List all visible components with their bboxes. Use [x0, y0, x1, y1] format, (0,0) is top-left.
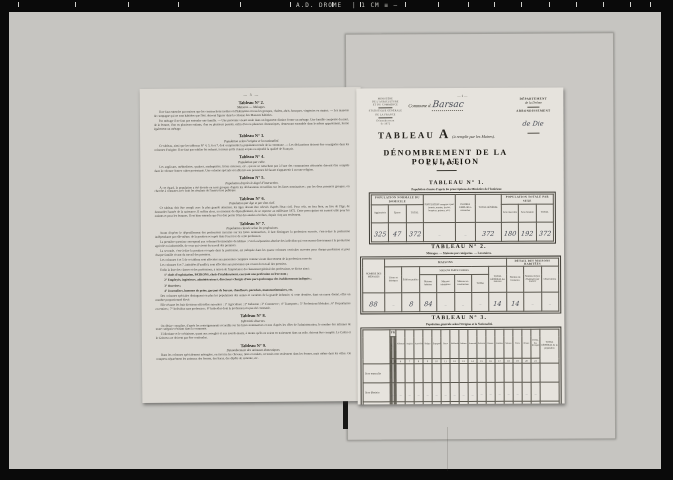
handwritten-value: –: [490, 392, 492, 397]
handwritten-value: 14: [493, 300, 502, 308]
handwritten-value: –: [517, 392, 519, 397]
instruction-section: Tableau N° 6.Population par âge et par é…: [155, 195, 350, 219]
handwritten-value: 14: [511, 300, 520, 308]
handwritten-value: –: [462, 302, 464, 307]
page-number: — 1 —: [442, 94, 482, 98]
table-value-cell: –: [450, 383, 459, 402]
paragraph: Les anglicans, méthodistes, quakers, ana…: [154, 164, 349, 173]
divider: [437, 170, 457, 171]
table-column-header: TOTAL des Étrangers: [531, 329, 540, 358]
film-tick: [576, 2, 577, 7]
film-tick: [630, 2, 631, 7]
table-value-cell: 84: [419, 293, 436, 312]
table-value-cell: –: [385, 293, 402, 312]
table-value-cell: [396, 364, 405, 383]
table-value-cell: –: [414, 402, 423, 405]
table-value-cell: –: [437, 293, 454, 312]
table-column-header: TOTAL GÉNÉRAL: [475, 194, 501, 222]
table-value-cell: [468, 363, 477, 382]
stamp-line: DE LA FRANCE: [361, 113, 409, 116]
table-value-cell: 192: [519, 222, 536, 241]
table3-title: TABLEAU N° 3.: [359, 315, 559, 322]
table-column-header: Maisons inhabitées: [437, 275, 454, 293]
table-value-cell: –: [405, 402, 414, 405]
table-value-cell: [441, 364, 450, 383]
film-bottom-bar: [0, 469, 673, 480]
table-column-header: Polonais: [477, 329, 486, 358]
handwritten-value: –: [526, 392, 528, 397]
table-column-header: DOUBLE EMPLOIS à retrancher: [455, 194, 475, 222]
divider: [378, 117, 392, 118]
handwritten-value: –: [472, 392, 474, 397]
table-column-header: TOTAL GÉNÉRAL des maisons: [489, 267, 507, 293]
row-label: Sexe masculin: [363, 364, 390, 383]
table-column-header: TOTAL: [406, 205, 423, 223]
paragraph: Dans les colonnes spécialement ménagées,…: [156, 352, 351, 361]
handwritten-value: –: [508, 392, 510, 397]
table-value-cell: –: [441, 402, 450, 405]
table-value-cell: [414, 364, 423, 383]
table-column-header: Usines et fabriques: [385, 267, 403, 293]
table-value-cell: [513, 363, 522, 382]
table-value-cell: [432, 364, 441, 383]
commune-handwritten-value: Barsac: [432, 100, 464, 111]
table-value-cell: –: [472, 293, 489, 312]
handwritten-value: –: [392, 303, 394, 308]
table-value-cell: 14: [489, 293, 506, 312]
table-value-cell: –: [432, 402, 441, 405]
table2-grid: NOMBRE DES MÉNAGESMAISONSDÉTAIL DES MAIS…: [362, 258, 559, 313]
handwritten-value: –: [445, 392, 447, 397]
film-tick: [549, 2, 550, 7]
instructions-page: — 3 — Tableau N° 2.Maisons. — Ménages.Il…: [140, 87, 364, 403]
instruction-section: Tableau N° 9.Dénombrement des animaux do…: [156, 342, 351, 362]
table-column-header: Allemands: [396, 330, 405, 359]
handwritten-value: 372: [482, 230, 495, 238]
form-note: (à remplir par les Maires).: [452, 134, 495, 139]
form-title-line: TABLEAU A (à remplir par les Maires).: [356, 125, 516, 144]
table-column-header: Observations: [541, 266, 559, 292]
table-column-header: Turcs: [513, 329, 522, 358]
arrondissement-handwritten-value: de Die: [522, 120, 544, 128]
divider: [528, 132, 540, 133]
film-tick: [405, 2, 406, 7]
table-value-cell: 88: [363, 293, 385, 312]
table-value-cell: [504, 363, 513, 382]
handwritten-value: 372: [538, 230, 551, 238]
table-value-cell: –: [450, 402, 459, 405]
table-value-cell: [450, 364, 459, 383]
table-value-cell: –: [423, 402, 432, 405]
film-tick: [178, 2, 179, 7]
table1: POPULATION NORMALE DU DOMICILEPOPULATION…: [369, 192, 556, 245]
microfilm-scan: A.D. DROME | 1 CM ≡ — — 3 — Tableau N° 2…: [0, 0, 673, 480]
handwritten-value: 192: [521, 230, 534, 238]
row-label: Sexe féminin: [363, 383, 390, 402]
table-value-cell: [423, 364, 432, 383]
table-value-cell: [531, 363, 540, 382]
table-column-header: TOTAL GÉNÉRAL de la population: [540, 329, 559, 363]
table3-grid: FRANÇAISAllemandsAnglaisAutrichiensBelge…: [362, 329, 559, 405]
row-label: TOTAL: [363, 402, 390, 405]
table1-grid: POPULATION NORMALE DU DOMICILEPOPULATION…: [371, 194, 554, 243]
handwritten-value: –: [436, 392, 438, 397]
table-value-cell: [522, 363, 531, 382]
table-value-cell: –: [477, 382, 486, 401]
film-tick: [521, 2, 522, 7]
table-group-header: DÉTAIL DES MAISONS HABITÉES: [506, 258, 558, 267]
table-value-cell: [477, 363, 486, 382]
film-tick: [240, 2, 241, 7]
scanner-bed: — 3 — Tableau N° 2.Maisons. — Ménages.Il…: [9, 12, 661, 469]
handwritten-value: –: [427, 392, 429, 397]
instruction-section: Tableau N° 5.Population d'après le degré…: [154, 174, 349, 194]
table-value-cell: 372: [475, 222, 501, 241]
handwritten-value: 84: [424, 301, 433, 309]
table-value-cell: –: [455, 222, 475, 241]
table-value-cell: –: [495, 382, 504, 401]
form-letter: A: [439, 126, 448, 141]
paragraph: Elle résume les huit divisions officiell…: [156, 302, 351, 311]
handwritten-value: 8: [408, 301, 413, 309]
handwritten-value: –: [532, 302, 534, 307]
table-row: 32547372––372180192372: [371, 222, 553, 242]
instruction-section: Tableau N° 8.Infirmités diverses.On dési…: [156, 312, 351, 341]
film-tick: [603, 2, 604, 7]
table-column-header: Hollandais: [450, 330, 459, 359]
film-tick: [128, 2, 129, 7]
table2-title: TABLEAU N° 2.: [359, 244, 559, 251]
table3: FRANÇAISAllemandsAnglaisAutrichiensBelge…: [360, 327, 561, 405]
paragraph: Par ménage il ne faut pas entendre une f…: [154, 118, 349, 131]
film-tick: [438, 2, 439, 7]
table-column-header: Agglomérée: [371, 205, 388, 223]
table-value-cell: [495, 363, 504, 382]
handwritten-value: 88: [369, 301, 378, 309]
table-row: 88–884–––1414––: [363, 292, 559, 312]
table-value-cell: –: [396, 383, 405, 402]
instruction-section: Tableau N° 7.Population classée selon le…: [155, 220, 351, 311]
archive-label: A.D. DROME: [296, 2, 342, 9]
page-number: — 3 —: [154, 92, 349, 98]
film-margin-right: [661, 12, 673, 469]
arrondissement-label: ARRONDISSEMENT: [508, 109, 558, 113]
film-tick: [75, 2, 76, 7]
table-column-header: Russes: [486, 329, 495, 358]
divider: [527, 106, 539, 107]
table-group-header: POPULATION TOTALE PAR SEXE: [501, 194, 553, 204]
table-value-cell: –: [504, 382, 513, 401]
fold-line: [447, 427, 448, 471]
commune-line: Commune d. Barsac: [408, 100, 518, 111]
table-column-header: Nombre de locataires: [506, 267, 524, 293]
table-value-cell: –: [531, 382, 540, 401]
paragraph: L'idiotisme et le crétinisme, quant aux …: [156, 332, 351, 341]
film-tick: [650, 2, 651, 7]
table-value-cell: –: [468, 382, 477, 401]
table-value-cell: –: [513, 382, 522, 401]
table-column-header: TOTAL: [536, 204, 553, 222]
instruction-sections: Tableau N° 2.Maisons. — Ménages.Il ne fa…: [154, 99, 351, 362]
film-margin-left: [0, 12, 9, 469]
film-ruler-bar: A.D. DROME | 1 CM ≡ —: [0, 0, 673, 12]
handwritten-value: –: [445, 302, 447, 307]
film-tick: [468, 2, 469, 7]
table-column-header: NOMBRE DES MÉNAGES: [363, 259, 385, 294]
table-column-header: Grecs: [441, 330, 450, 359]
table-value-cell: –: [405, 383, 414, 402]
table-row: Sexe masculin192: [363, 363, 559, 383]
year-line: EN 1872.: [357, 161, 535, 168]
table-value-cell: –: [524, 293, 541, 312]
table-row: Sexe féminin180––––––––––––––––––––: [363, 382, 559, 402]
table-value-cell: 325: [371, 223, 388, 242]
table-value-cell: –: [522, 382, 531, 401]
instruction-section: Tableau N° 2.Maisons. — Ménages.Il ne fa…: [154, 99, 349, 132]
table-column-header: Suédois: [495, 329, 504, 358]
table-value-cell: 47: [389, 223, 406, 242]
handwritten-value: 372: [408, 230, 421, 238]
form-word: TABLEAU: [378, 130, 435, 140]
census-form-page: MINISTÈREDE L'AGRICULTUREET DU COMMERCES…: [356, 88, 564, 405]
ministry-stamp: MINISTÈREDE L'AGRICULTUREET DU COMMERCES…: [361, 97, 409, 125]
table-value-cell: –: [396, 402, 405, 405]
table-value-cell: 180: [501, 222, 518, 241]
handwritten-value: –: [479, 302, 481, 307]
table-row: FRANÇAISAllemandsAnglaisAutrichiensBelge…: [363, 329, 559, 337]
table-column-header: Autrichiens: [414, 330, 423, 359]
table-value-cell: –: [414, 383, 423, 402]
table-value-cell: –: [459, 382, 468, 401]
table-value-cell: 14: [506, 293, 523, 312]
scale-label: | 1 CM ≡ —: [352, 2, 398, 9]
table-value-cell: –: [432, 383, 441, 402]
table-column-header: Italiens: [459, 329, 468, 358]
film-tick: [18, 2, 19, 7]
table1-title: TABLEAU N° 1.: [357, 180, 557, 187]
table-group-header: POPULATION NORMALE DU DOMICILE: [371, 195, 423, 205]
table-value-cell: –: [541, 292, 559, 311]
handwritten-value: 180: [503, 230, 516, 238]
table-value-cell: [405, 364, 414, 383]
handwritten-value: –: [400, 392, 402, 397]
handwritten-value: –: [409, 392, 411, 397]
instruction-section: Tableau N° 4.Population par culte.Les an…: [154, 153, 349, 173]
table-column-header: Suisses: [504, 329, 513, 358]
table-column-header: Éparse: [389, 205, 406, 223]
instruction-section: Tableau N° 3.Population selon l'origine …: [154, 132, 349, 152]
film-tick: [290, 2, 291, 7]
paragraph: Ce tableau doit être rempli avec la plus…: [155, 206, 350, 219]
table-value-cell: –: [454, 293, 471, 312]
table-column-header: TOTAL: [395, 337, 396, 359]
table-column-header: Anglais: [405, 330, 414, 359]
table-column-header: Maisons habitées: [419, 275, 436, 293]
handwritten-value: 325: [373, 230, 386, 238]
table-column-header: Nombre moyen d'habitants par maison: [524, 267, 542, 293]
table-column-header: POPULATION comptée à part (armée, marine…: [423, 195, 455, 223]
table-corner-cell: [363, 330, 390, 364]
handwritten-value: –: [438, 232, 440, 237]
handwritten-value: –: [481, 392, 483, 397]
handwritten-value: –: [499, 392, 501, 397]
table-column-header: Luxemb.: [468, 329, 477, 358]
table-value-cell: –: [486, 382, 495, 401]
paragraph: À cet égard, la population a été divisée…: [154, 185, 349, 194]
divider: [378, 108, 392, 109]
handwritten-value: –: [463, 392, 465, 397]
film-tick: [494, 2, 495, 7]
table-value-cell: –: [441, 383, 450, 402]
table-value-cell: [486, 363, 495, 382]
table-value-cell: –: [423, 223, 455, 242]
department-value: de la Drôme: [508, 101, 558, 105]
table-column-header: Édifices publics: [402, 267, 420, 293]
handwritten-value: –: [464, 232, 466, 237]
table-value-cell: 372: [406, 223, 423, 242]
handwritten-value: –: [454, 392, 456, 397]
stamp-line: ET DU COMMERCE: [361, 103, 409, 106]
table-column-header: Sexe féminin: [519, 204, 536, 222]
table-value-cell: [540, 382, 559, 401]
table-value-cell: 372: [536, 222, 553, 241]
table-column-header: Maisons en construction: [454, 275, 471, 293]
paragraph: Ce tableau, ainsi que les tableaux N° 4,…: [154, 143, 349, 152]
table-value-cell: –: [423, 383, 432, 402]
table-value-cell: [540, 363, 559, 382]
table-column-header: Sexe masculin: [501, 204, 518, 222]
table-value-cell: 8: [402, 293, 419, 312]
handwritten-value: –: [549, 302, 551, 307]
table-value-cell: [459, 363, 468, 382]
handwritten-value: –: [418, 392, 420, 397]
table-column-header: TOTAL: [472, 275, 489, 293]
table2: NOMBRE DES MÉNAGESMAISONSDÉTAIL DES MAIS…: [360, 256, 561, 315]
table-column-header: Espagnols: [432, 330, 441, 359]
table-column-header: Belges: [423, 330, 432, 359]
table-column-header: Divers: [522, 329, 531, 358]
commune-label: Commune d.: [408, 103, 431, 108]
handwritten-value: –: [535, 392, 537, 397]
handwritten-value: 47: [393, 230, 402, 238]
